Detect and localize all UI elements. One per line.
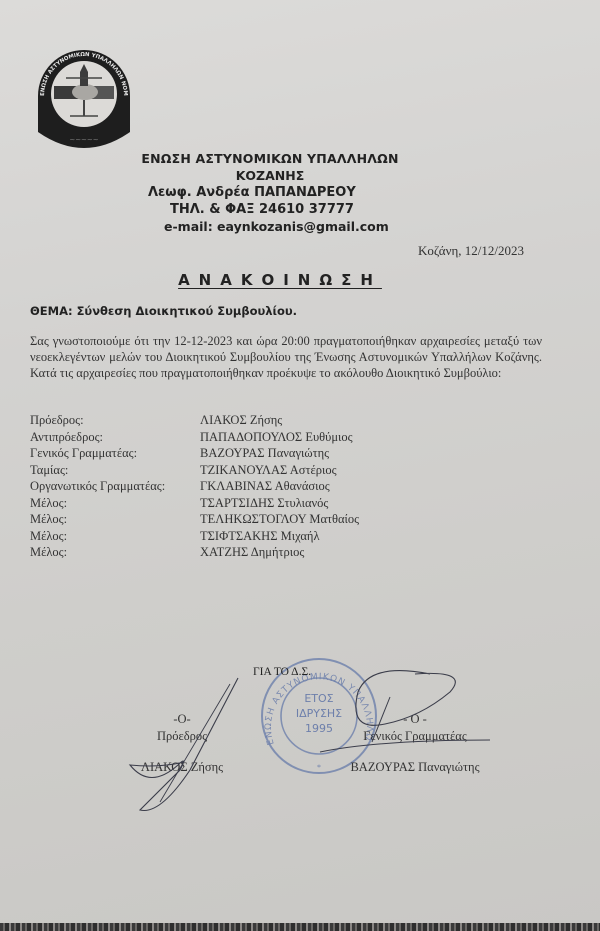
document-subject: ΘΕΜΑ: Σύνθεση Διοικητικού Συμβουλίου.	[30, 304, 297, 318]
signature-name: ΛΙΑΚΟΣ Ζήσης	[112, 760, 252, 775]
letterhead: ΕΝΩΣΗ ΑΣΤΥΝΟΜΙΚΩΝ ΥΠΑΛΛΗΛΩΝ ΚΟΖΑΝΗΣ Λεωφ…	[120, 150, 420, 235]
board-row: Αντιπρόεδρος:ΠΑΠΑΔΟΠΟΥΛΟΣ Ευθύμιος	[30, 429, 450, 446]
page-bottom-edge	[0, 923, 600, 931]
board-member-name: ΤΕΛΗΚΩΣΤΟΓΛΟΥ Ματθαίος	[200, 511, 359, 528]
signature-name: ΒΑΖΟΥΡΑΣ Παναγιώτης	[330, 760, 500, 775]
board-role: Ταμίας:	[30, 462, 200, 479]
board-member-name: ΤΖΙΚΑΝΟΥΛΑΣ Αστέριος	[200, 462, 337, 479]
org-address: Λεωφ. Ανδρέα ΠΑΠΑΝΔΡΕΟΥ	[120, 184, 420, 201]
board-member-name: ΠΑΠΑΔΟΠΟΥΛΟΣ Ευθύμιος	[200, 429, 353, 446]
stamp-line-3: 1995	[305, 722, 333, 735]
org-name: ΕΝΩΣΗ ΑΣΤΥΝΟΜΙΚΩΝ ΥΠΑΛΛΗΛΩΝ	[120, 150, 420, 167]
stamp-line-1: ΕΤΟΣ	[304, 692, 333, 705]
board-row: Ταμίας:ΤΖΙΚΑΝΟΥΛΑΣ Αστέριος	[30, 462, 450, 479]
board-member-name: ΛΙΑΚΟΣ Ζήσης	[200, 412, 282, 429]
for-board-label: ΓΙΑ ΤΟ Δ.Σ.	[253, 666, 311, 678]
board-row: Πρόεδρος:ΛΙΑΚΟΣ Ζήσης	[30, 412, 450, 429]
board-row: Μέλος:ΤΕΛΗΚΩΣΤΟΓΛΟΥ Ματθαίος	[30, 511, 450, 528]
org-city: ΚΟΖΑΝΗΣ	[120, 167, 420, 184]
union-logo: ΕΝΩΣΗ ΑΣΤΥΝΟΜΙΚΩΝ ΥΠΑΛΛΗΛΩΝ ΝΟΜΟΥ ΚΟΖΑΝΗ…	[30, 36, 138, 158]
document-date: Κοζάνη, 12/12/2023	[418, 243, 524, 259]
signature-marker: - Ο -	[330, 712, 500, 727]
signature-role: Γενικός Γραμματέας	[330, 729, 500, 744]
board-member-name: ΤΣΙΦΤΣΑΚΗΣ Μιχαήλ	[200, 528, 320, 545]
board-row: Μέλος:ΤΣΑΡΤΣΙΔΗΣ Στυλιανός	[30, 495, 450, 512]
document-body: Σας γνωστοποιούμε ότι την 12-12-2023 και…	[30, 333, 542, 381]
board-member-name: ΤΣΑΡΤΣΙΔΗΣ Στυλιανός	[200, 495, 328, 512]
board-role: Μέλος:	[30, 495, 200, 512]
signature-role: Πρόεδρος	[112, 729, 252, 744]
board-role: Γενικός Γραμματέας:	[30, 445, 200, 462]
signature-block-secretary: - Ο - Γενικός Γραμματέας ΒΑΖΟΥΡΑΣ Παναγι…	[330, 712, 500, 775]
board-row: Μέλος:ΤΣΙΦΤΣΑΚΗΣ Μιχαήλ	[30, 528, 450, 545]
org-email: e-mail: eaynkozanis@gmail.com	[120, 218, 420, 235]
board-row: Γενικός Γραμματέας:ΒΑΖΟΥΡΑΣ Παναγιώτης	[30, 445, 450, 462]
org-phone-fax: ΤΗΛ. & ΦΑΞ 24610 37777	[120, 201, 420, 218]
board-row: Μέλος:ΧΑΤΖΗΣ Δημήτριος	[30, 544, 450, 561]
board-role: Αντιπρόεδρος:	[30, 429, 200, 446]
board-role: Πρόεδρος:	[30, 412, 200, 429]
board-member-name: ΒΑΖΟΥΡΑΣ Παναγιώτης	[200, 445, 329, 462]
board-role: Οργανωτικός Γραμματέας:	[30, 478, 200, 495]
board-list: Πρόεδρος:ΛΙΑΚΟΣ Ζήσης Αντιπρόεδρος:ΠΑΠΑΔ…	[30, 412, 450, 561]
board-role: Μέλος:	[30, 544, 200, 561]
board-role: Μέλος:	[30, 528, 200, 545]
signature-marker: -Ο-	[112, 712, 252, 727]
board-role: Μέλος:	[30, 511, 200, 528]
document-title: ΑΝΑΚΟΙΝΩΣΗ	[150, 271, 410, 289]
signature-block-president: -Ο- Πρόεδρος ΛΙΑΚΟΣ Ζήσης	[112, 712, 252, 775]
board-member-name: ΧΑΤΖΗΣ Δημήτριος	[200, 544, 304, 561]
svg-text:*: *	[317, 763, 321, 772]
board-member-name: ΓΚΛΑΒΙΝΑΣ Αθανάσιος	[200, 478, 330, 495]
board-row: Οργανωτικός Γραμματέας:ΓΚΛΑΒΙΝΑΣ Αθανάσι…	[30, 478, 450, 495]
svg-text:~~~~~: ~~~~~	[69, 136, 98, 144]
